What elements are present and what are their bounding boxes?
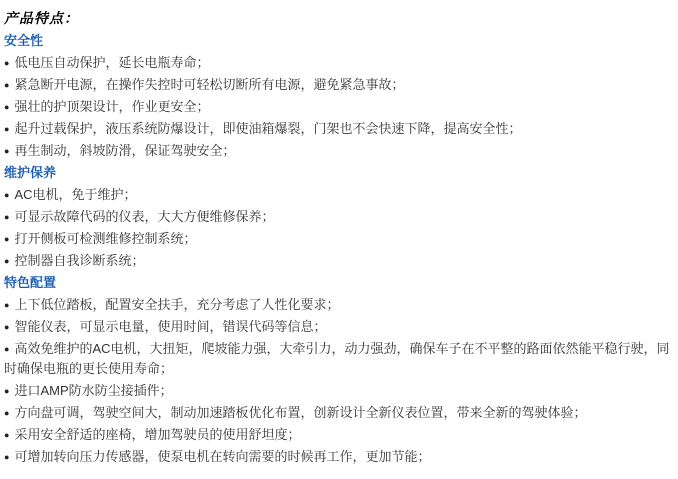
- feature-text: 智能仪表，可显示电量，使用时间，错误代码等信息；: [14, 319, 326, 334]
- feature-item: ●起升过载保护，液压系统防爆设计，即使油箱爆裂，门架也不会快速下降，提高安全性；: [4, 119, 673, 139]
- feature-item: ●可增加转向压力传感器，使泵电机在转向需要的时候再工作，更加节能；: [4, 447, 673, 467]
- bullet-icon: ●: [4, 300, 9, 310]
- section-heading-maintenance: 维护保养: [4, 163, 673, 183]
- feature-text: 低电压自动保护，延长电瓶寿命；: [14, 55, 209, 70]
- bullet-icon: ●: [4, 234, 9, 244]
- feature-item: ●采用安全舒适的座椅，增加驾驶员的使用舒坦度；: [4, 425, 673, 445]
- feature-item: ●控制器自我诊断系统；: [4, 251, 673, 271]
- bullet-icon: ●: [4, 124, 9, 134]
- feature-text: 高效免维护的AC电机，大扭矩，爬坡能力强，大牵引力，动力强劲，确保车子在不平整的…: [4, 341, 670, 376]
- bullet-icon: ●: [4, 452, 9, 462]
- feature-item: ●AC电机，免于维护；: [4, 185, 673, 205]
- feature-text: 起升过载保护，液压系统防爆设计，即使油箱爆裂，门架也不会快速下降，提高安全性；: [14, 121, 521, 136]
- feature-text: 控制器自我诊断系统；: [14, 253, 144, 268]
- bullet-icon: ●: [4, 408, 9, 418]
- feature-item: ●上下低位踏板，配置安全扶手，充分考虑了人性化要求；: [4, 295, 673, 315]
- feature-text: 打开侧板可检测维修控制系统；: [14, 231, 196, 246]
- bullet-icon: ●: [4, 80, 9, 90]
- feature-item: ●低电压自动保护，延长电瓶寿命；: [4, 53, 673, 73]
- feature-item: ●进口AMP防水防尘接插件；: [4, 381, 673, 401]
- section-maintenance: 维护保养 ●AC电机，免于维护； ●可显示故障代码的仪表，大大方便维修保养； ●…: [4, 163, 673, 271]
- feature-text: 再生制动，斜坡防滑，保证驾驶安全；: [14, 143, 235, 158]
- feature-text: 紧急断开电源，在操作失控时可轻松切断所有电源，避免紧急事故；: [14, 77, 404, 92]
- feature-item: ●方向盘可调，驾驶空间大，制动加速踏板优化布置，创新设计全新仪表位置，带来全新的…: [4, 403, 673, 423]
- bullet-icon: ●: [4, 102, 9, 112]
- bullet-icon: ●: [4, 430, 9, 440]
- feature-item: ●再生制动，斜坡防滑，保证驾驶安全；: [4, 141, 673, 161]
- feature-item: ●可显示故障代码的仪表，大大方便维修保养；: [4, 207, 673, 227]
- feature-text: AC电机，免于维护；: [14, 187, 136, 202]
- feature-item: ●紧急断开电源，在操作失控时可轻松切断所有电源，避免紧急事故；: [4, 75, 673, 95]
- bullet-icon: ●: [4, 386, 9, 396]
- product-features-page: 产品特点： 安全性 ●低电压自动保护，延长电瓶寿命； ●紧急断开电源，在操作失控…: [0, 0, 678, 479]
- feature-text: 强壮的护顶架设计，作业更安全；: [14, 99, 209, 114]
- bullet-icon: ●: [4, 256, 9, 266]
- feature-text: 可显示故障代码的仪表，大大方便维修保养；: [14, 209, 274, 224]
- feature-item: ●打开侧板可检测维修控制系统；: [4, 229, 673, 249]
- feature-text: 采用安全舒适的座椅，增加驾驶员的使用舒坦度；: [14, 427, 300, 442]
- section-heading-special-config: 特色配置: [4, 273, 673, 293]
- bullet-icon: ●: [4, 146, 9, 156]
- feature-item: ●强壮的护顶架设计，作业更安全；: [4, 97, 673, 117]
- feature-text: 可增加转向压力传感器，使泵电机在转向需要的时候再工作，更加节能；: [14, 449, 430, 464]
- feature-text: 上下低位踏板，配置安全扶手，充分考虑了人性化要求；: [14, 297, 339, 312]
- bullet-icon: ●: [4, 58, 9, 68]
- section-safety: 安全性 ●低电压自动保护，延长电瓶寿命； ●紧急断开电源，在操作失控时可轻松切断…: [4, 31, 673, 161]
- feature-item: ●智能仪表，可显示电量，使用时间，错误代码等信息；: [4, 317, 673, 337]
- section-special-config: 特色配置 ●上下低位踏板，配置安全扶手，充分考虑了人性化要求； ●智能仪表，可显…: [4, 273, 673, 467]
- page-title: 产品特点：: [4, 8, 673, 28]
- bullet-icon: ●: [4, 190, 9, 200]
- feature-text: 方向盘可调，驾驶空间大，制动加速踏板优化布置，创新设计全新仪表位置，带来全新的驾…: [14, 405, 586, 420]
- section-heading-safety: 安全性: [4, 31, 673, 51]
- feature-item: ●高效免维护的AC电机，大扭矩，爬坡能力强，大牵引力，动力强劲，确保车子在不平整…: [4, 339, 673, 379]
- bullet-icon: ●: [4, 344, 9, 354]
- feature-text: 进口AMP防水防尘接插件；: [14, 383, 172, 398]
- bullet-icon: ●: [4, 212, 9, 222]
- bullet-icon: ●: [4, 322, 9, 332]
